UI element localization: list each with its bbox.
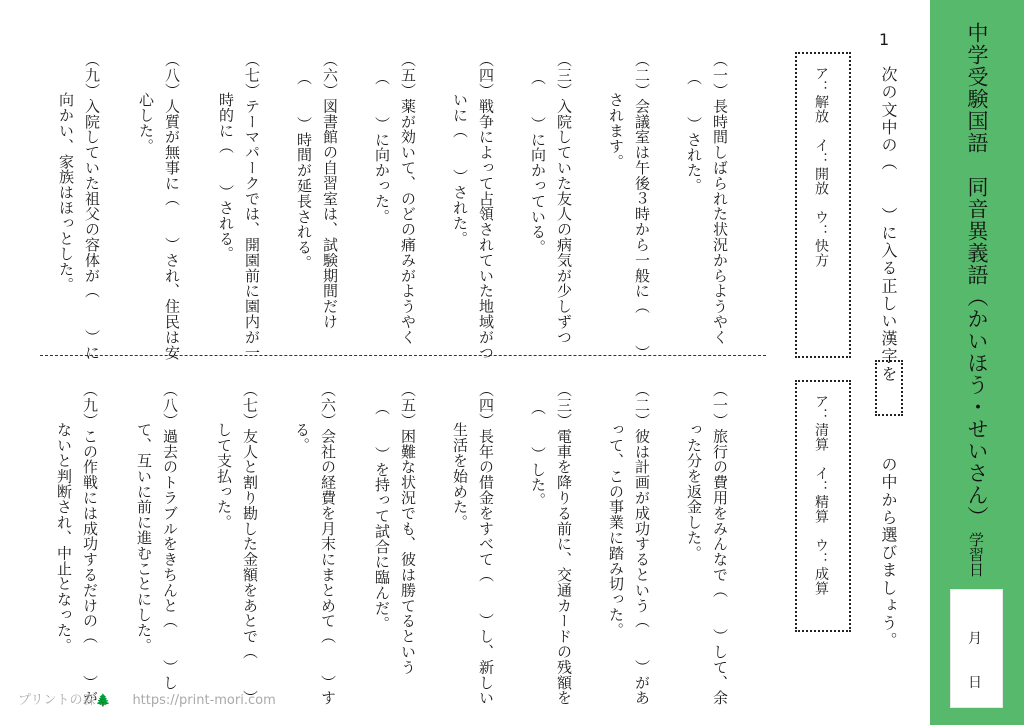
study-date-label: 学習日 <box>966 532 987 577</box>
question-line: った分を返金した。 <box>682 422 706 561</box>
site-url-link[interactable]: https://print-mori.com <box>132 693 275 708</box>
question-line: （ ）を持って試合に臨んだ。 <box>370 400 394 631</box>
question-line: （七）テーマパークでは、開園前に園内が一 <box>240 52 264 360</box>
footer: プリントの森🌲https://print-mori.com <box>18 689 276 708</box>
title-sidebar: 中学受験国語 同音異義語（かいほう・せいさん） 学習日 月 日 <box>930 0 1024 725</box>
question-line: 生活を始めた。 <box>448 422 472 530</box>
instruction-text-1: 次の文中の（ ）に入る正しい漢字を <box>876 66 900 383</box>
question-line: （一）長時間しばられた状況からようやく <box>708 52 732 345</box>
month-label: 月 <box>968 628 982 648</box>
question-line: って、この事業に踏み切った。 <box>604 422 628 638</box>
question-line: （九）入院していた祖父の容体が（ ）に <box>80 52 104 360</box>
question-line: （ ）した。 <box>526 400 550 508</box>
question-line: （二）彼は計画が成功するという（ ）があ <box>630 382 654 705</box>
question-line: ないと判断され、中止となった。 <box>52 422 76 653</box>
question-line: て、互いに前に進むことにした。 <box>132 422 156 653</box>
day-label: 日 <box>968 672 982 692</box>
question-line: されます。 <box>604 92 628 169</box>
question-line: （ ）に向かった。 <box>370 70 394 224</box>
choices-text: ア：解放 イ：開放 ウ：快方 <box>811 66 831 268</box>
question-line: （八）人質が無事に（ ）され、住民は安 <box>160 52 184 360</box>
question-line: して支払った。 <box>212 422 236 530</box>
question-line: いに（ ）された。 <box>448 92 472 246</box>
question-line: 向かい、家族はほっとした。 <box>54 92 78 292</box>
instruction-text-2: の中から選びましょう。 <box>876 456 900 650</box>
page-title: 中学受験国語 同音異義語（かいほう・せいさん） <box>961 22 993 528</box>
choices-text: ア：清算 イ：精算 ウ：成算 <box>811 394 831 596</box>
site-name: プリントの森 <box>18 693 95 708</box>
question-number: 1 <box>879 30 889 49</box>
question-line: （五）困難な状況でも、彼は勝てるという <box>396 382 420 675</box>
question-line: る。 <box>290 422 314 453</box>
question-line: （九）この作戦には成功するだけの（ ）が <box>78 382 102 705</box>
question-line: （三）電車を降りる前に、交通カードの残額を <box>552 382 576 705</box>
question-line: （六）図書館の自習室は、試験期間だけ <box>318 52 342 329</box>
question-line: （五）薬が効いて、のどの痛みがようやく <box>396 52 420 345</box>
question-line: （七）友人と割り勘した金額をあとで（ ） <box>238 382 262 705</box>
question-line: 心した。 <box>134 92 158 154</box>
question-line: 時的に（ ）される。 <box>214 92 238 261</box>
question-line: （六）会社の経費を月末にまとめて（ ）す <box>316 382 340 705</box>
study-date-box: 月 日 <box>950 589 1003 708</box>
choices-box-reference <box>875 360 903 416</box>
question-line: （三）入院していた友人の病気が少しずつ <box>552 52 576 345</box>
choices-box-group-2: ア：清算 イ：精算 ウ：成算 <box>795 380 851 632</box>
question-line: （四）戦争によって占領されていた地域がつ <box>474 52 498 360</box>
question-line: （一）旅行の費用をみんなで（ ）して、余 <box>708 382 732 705</box>
section-divider <box>40 355 766 356</box>
choices-box-group-1: ア：解放 イ：開放 ウ：快方 <box>795 52 851 358</box>
question-line: （ ）された。 <box>682 70 706 193</box>
question-line: （ ）に向かっている。 <box>526 70 550 255</box>
question-line: （二）会議室は午後３時から一般に（ ） <box>630 52 654 360</box>
question-line: （八）過去のトラブルをきちんと（ ）し <box>158 382 182 690</box>
question-line: （四）長年の借金をすべて（ ）し、新しい <box>474 382 498 705</box>
tree-icon: 🌲 <box>95 693 110 707</box>
question-line: （ ）時間が延長される。 <box>292 70 316 270</box>
